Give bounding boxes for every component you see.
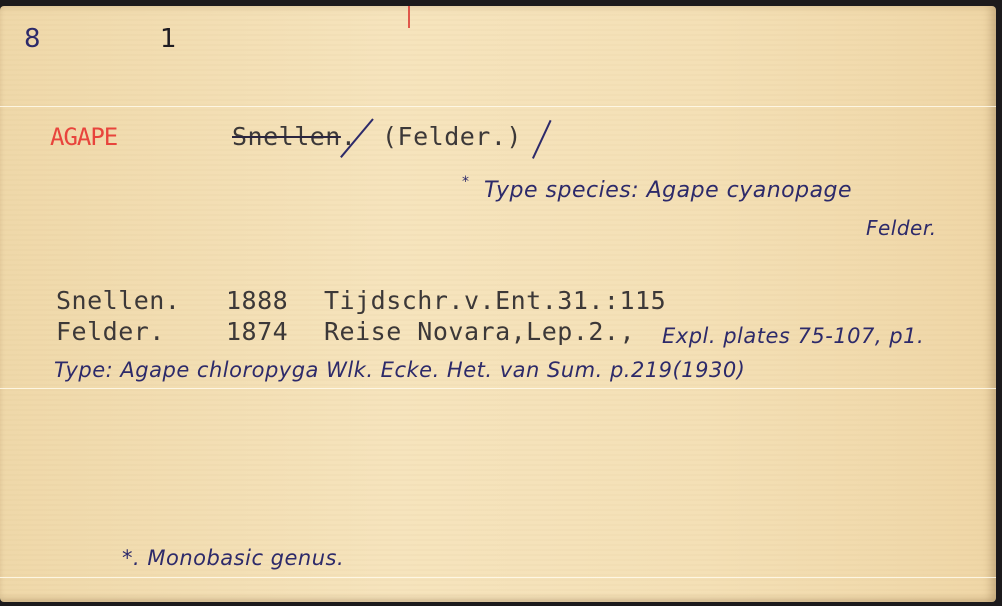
card-rule-line bbox=[0, 577, 996, 578]
type-species-line1: Type species: Agape cyanopage bbox=[484, 178, 852, 203]
struck-author: Snellen bbox=[232, 122, 341, 151]
card-number-left: 8 bbox=[24, 24, 41, 54]
type-species-line2: Felder. bbox=[866, 216, 937, 240]
card-rule-line bbox=[0, 388, 996, 389]
reference-citation: Reise Novara,Lep.2., bbox=[324, 317, 635, 347]
reference-author: Snellen. bbox=[56, 286, 180, 316]
pen-slash-mark bbox=[532, 120, 552, 159]
type-species-marker: * bbox=[462, 174, 470, 190]
reference-handwritten-note: Expl. plates 75-107, p1. bbox=[662, 324, 924, 348]
index-card: 8 1 AGAPE Snellen. (Felder.) * Type spec… bbox=[0, 6, 996, 602]
genus-name: AGAPE bbox=[50, 122, 117, 152]
reference-year: 1888 bbox=[226, 286, 288, 316]
reference-author: Felder. bbox=[56, 317, 165, 347]
corrected-author: (Felder.) bbox=[382, 122, 522, 152]
reference-year: 1874 bbox=[226, 317, 288, 347]
author-header: Snellen. bbox=[232, 122, 356, 152]
footnote-monobasic: *. Monobasic genus. bbox=[122, 546, 344, 570]
red-tab-mark bbox=[408, 6, 410, 28]
card-number-right: 1 bbox=[160, 24, 177, 54]
reference-citation: Tijdschr.v.Ent.31.:115 bbox=[324, 286, 666, 316]
card-rule-line bbox=[0, 106, 996, 107]
type-note: Type: Agape chloropyga Wlk. Ecke. Het. v… bbox=[54, 358, 745, 382]
